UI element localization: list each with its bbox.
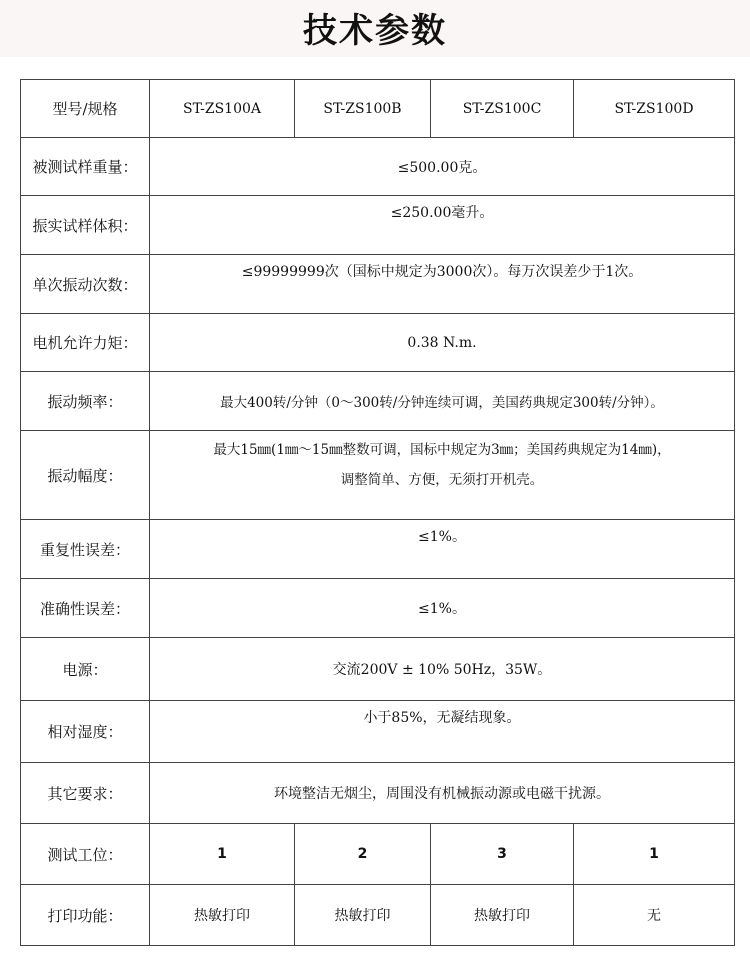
row-label: 准确性误差： bbox=[21, 579, 150, 638]
table-row: 相对湿度： 小于85%，无凝结现象。 bbox=[21, 701, 735, 763]
table-row: 振动幅度： 最大15㎜(1㎜～15㎜整数可调，国标中规定为3㎜；美国药典规定为1… bbox=[21, 431, 735, 520]
table-row: 被测试样重量： ≤500.00克。 bbox=[21, 138, 735, 196]
table-row: 单次振动次数： ≤99999999次（国标中规定为3000次）。每万次误差少于1… bbox=[21, 255, 735, 314]
row-value: 最大15㎜(1㎜～15㎜整数可调，国标中规定为3㎜；美国药典规定为14㎜)， 调… bbox=[150, 431, 735, 520]
row-label: 被测试样重量： bbox=[21, 138, 150, 196]
header-row: 型号/规格 ST-ZS100A ST-ZS100B ST-ZS100C ST-Z… bbox=[21, 80, 735, 138]
row-value: ≤1%。 bbox=[150, 579, 735, 638]
model-c: ST-ZS100C bbox=[431, 80, 574, 138]
model-d: ST-ZS100D bbox=[574, 80, 735, 138]
row-value: 环境整洁无烟尘，周围没有机械振动源或电磁干扰源。 bbox=[150, 763, 735, 824]
table-row: 重复性误差： ≤1%。 bbox=[21, 520, 735, 579]
table-row: 电机允许力矩： 0.38 N.m. bbox=[21, 314, 735, 372]
table-row: 振实试样体积： ≤250.00毫升。 bbox=[21, 196, 735, 255]
model-a: ST-ZS100A bbox=[150, 80, 295, 138]
row-value: 交流200V ± 10% 50Hz，35W。 bbox=[150, 638, 735, 701]
station-count-c: 3 bbox=[431, 824, 574, 885]
printing-d: 无 bbox=[574, 885, 735, 946]
printing-b: 热敏打印 bbox=[295, 885, 431, 946]
table-row: 其它要求： 环境整洁无烟尘，周围没有机械振动源或电磁干扰源。 bbox=[21, 763, 735, 824]
row-label: 振动幅度： bbox=[21, 431, 150, 520]
station-count-d: 1 bbox=[574, 824, 735, 885]
row-value: ≤250.00毫升。 bbox=[150, 196, 735, 255]
table-row: 准确性误差： ≤1%。 bbox=[21, 579, 735, 638]
model-b: ST-ZS100B bbox=[295, 80, 431, 138]
row-label: 电源： bbox=[21, 638, 150, 701]
row-label: 相对湿度： bbox=[21, 701, 150, 763]
stations-row: 测试工位： 1 2 3 1 bbox=[21, 824, 735, 885]
page-title: 技术参数 bbox=[0, 0, 750, 57]
row-label: 重复性误差： bbox=[21, 520, 150, 579]
row-label: 振动频率： bbox=[21, 372, 150, 431]
row-label: 单次振动次数： bbox=[21, 255, 150, 314]
row-label: 振实试样体积： bbox=[21, 196, 150, 255]
printing-a: 热敏打印 bbox=[150, 885, 295, 946]
row-value: 最大400转/分钟（0～300转/分钟连续可调，美国药典规定300转/分钟）。 bbox=[150, 372, 735, 431]
row-value-line2: 调整简单、方便，无须打开机壳。 bbox=[150, 465, 734, 495]
table-row: 电源： 交流200V ± 10% 50Hz，35W。 bbox=[21, 638, 735, 701]
row-value: ≤1%。 bbox=[150, 520, 735, 579]
spec-table: 型号/规格 ST-ZS100A ST-ZS100B ST-ZS100C ST-Z… bbox=[20, 79, 735, 946]
printing-c: 热敏打印 bbox=[431, 885, 574, 946]
row-value: 小于85%，无凝结现象。 bbox=[150, 701, 735, 763]
row-value: 0.38 N.m. bbox=[150, 314, 735, 372]
printing-row: 打印功能： 热敏打印 热敏打印 热敏打印 无 bbox=[21, 885, 735, 946]
row-label: 电机允许力矩： bbox=[21, 314, 150, 372]
station-count-b: 2 bbox=[295, 824, 431, 885]
row-label: 打印功能： bbox=[21, 885, 150, 946]
row-label: 其它要求： bbox=[21, 763, 150, 824]
header-label: 型号/规格 bbox=[21, 80, 150, 138]
row-value: ≤500.00克。 bbox=[150, 138, 735, 196]
table-row: 振动频率： 最大400转/分钟（0～300转/分钟连续可调，美国药典规定300转… bbox=[21, 372, 735, 431]
station-count-a: 1 bbox=[150, 824, 295, 885]
row-label: 测试工位： bbox=[21, 824, 150, 885]
row-value-line1: 最大15㎜(1㎜～15㎜整数可调，国标中规定为3㎜；美国药典规定为14㎜)， bbox=[150, 435, 734, 465]
row-value: ≤99999999次（国标中规定为3000次）。每万次误差少于1次。 bbox=[150, 255, 735, 314]
